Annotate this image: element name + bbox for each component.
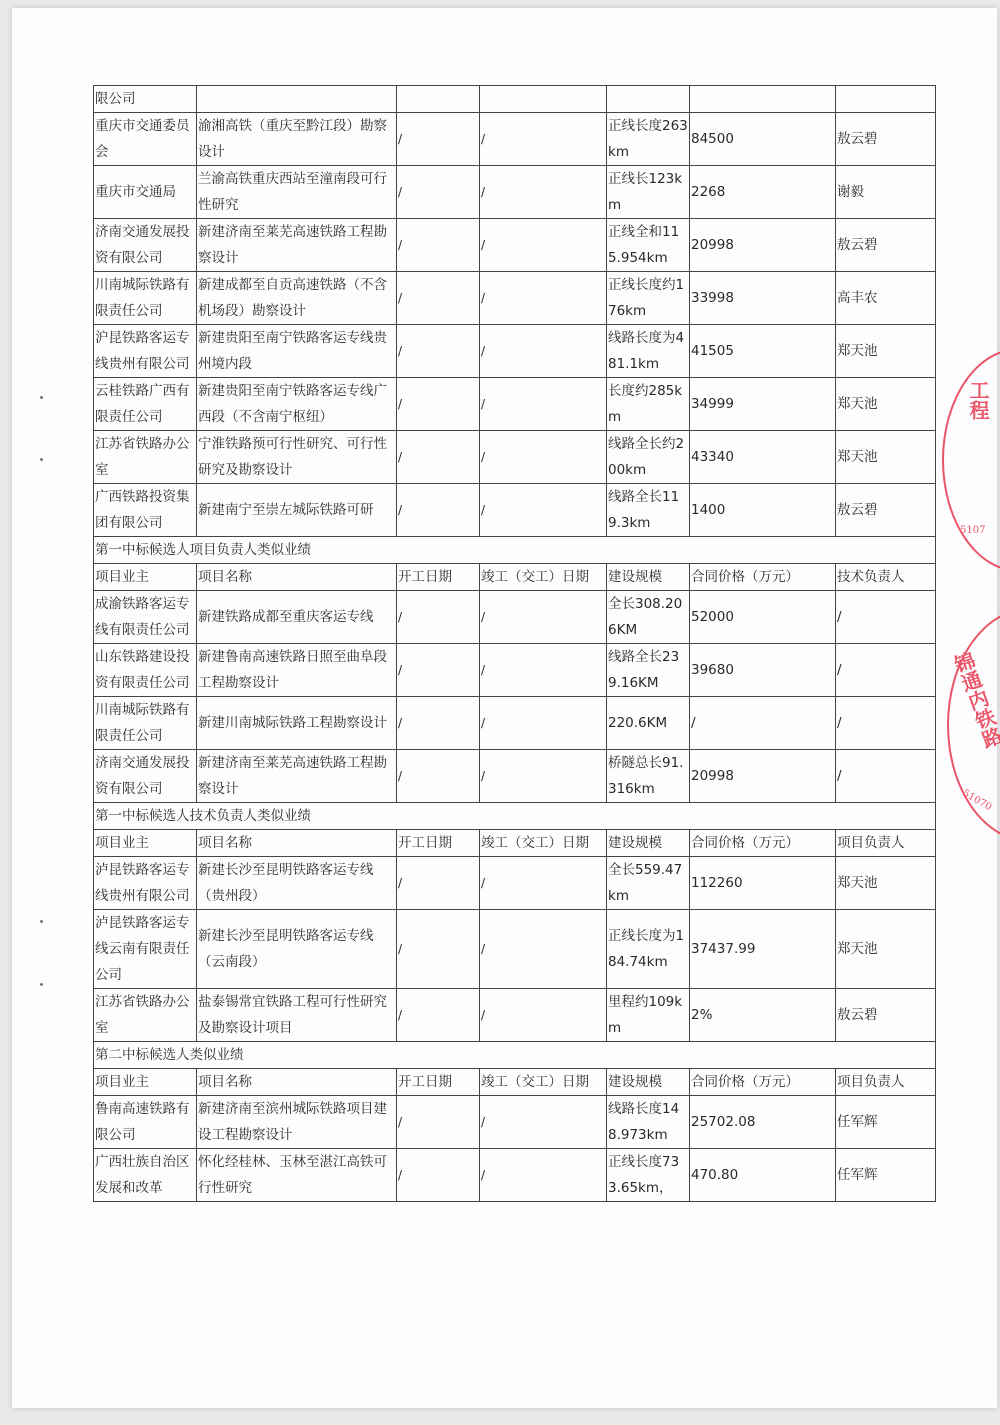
cell-name: 新建济南至滨州城际铁路项目建设工程勘察设计 bbox=[197, 1096, 397, 1149]
cell-person: / bbox=[836, 591, 936, 644]
cell-price: 33998 bbox=[690, 272, 836, 325]
cell-name: 新建济南至莱芜高速铁路工程勘察设计 bbox=[197, 219, 397, 272]
cell-end: / bbox=[480, 910, 607, 989]
cell-person: 郑天池 bbox=[836, 431, 936, 484]
scan-speck bbox=[40, 458, 43, 461]
company-seal-stamp: 工程 5107 bbox=[942, 348, 1000, 572]
cell-name: 宁淮铁路预可行性研究、可行性研究及勘察设计 bbox=[197, 431, 397, 484]
cell-owner: 川南城际铁路有限责任公司 bbox=[94, 272, 197, 325]
cell-person: 高丰农 bbox=[836, 272, 936, 325]
cell-price: 20998 bbox=[690, 750, 836, 803]
stamp-code: 51070 bbox=[960, 788, 993, 813]
cell-scale: 正线长度733.65km， bbox=[607, 1149, 690, 1202]
cell-person: 郑天池 bbox=[836, 910, 936, 989]
column-header-person: 技术负责人 bbox=[836, 564, 936, 591]
cell-scale: 线路全长239.16KM bbox=[607, 644, 690, 697]
cell-price: 52000 bbox=[690, 591, 836, 644]
cell-price: / bbox=[690, 697, 836, 750]
cell-owner: 广西铁路投资集团有限公司 bbox=[94, 484, 197, 537]
table-row: 沪昆铁路客运专线贵州有限公司新建贵阳至南宁铁路客运专线贵州境内段//线路长度为4… bbox=[94, 325, 936, 378]
cell-scale: 220.6KM bbox=[607, 697, 690, 750]
column-header-person: 项目负责人 bbox=[836, 1069, 936, 1096]
section-title-row: 第一中标候选人技术负责人类似业绩 bbox=[94, 803, 936, 830]
cell-person: 敖云碧 bbox=[836, 113, 936, 166]
table-row: 泸昆铁路客运专线云南有限责任公司新建长沙至昆明铁路客运专线（云南段）//正线长度… bbox=[94, 910, 936, 989]
column-header-name: 项目名称 bbox=[197, 1069, 397, 1096]
cell-scale: 线路长度为481.1km bbox=[607, 325, 690, 378]
column-header-owner: 项目业主 bbox=[94, 830, 197, 857]
cell-scale: 全长559.47km bbox=[607, 857, 690, 910]
table-row: 川南城际铁路有限责任公司新建成都至自贡高速铁路（不含机场段）勘察设计//正线长度… bbox=[94, 272, 936, 325]
cell-scale: 全长308.206KM bbox=[607, 591, 690, 644]
table-row: 广西铁路投资集团有限公司新建南宁至崇左城际铁路可研//线路全长119.3km14… bbox=[94, 484, 936, 537]
cell-name: 新建铁路成都至重庆客运专线 bbox=[197, 591, 397, 644]
cell-price: 84500 bbox=[690, 113, 836, 166]
cell-person: 敖云碧 bbox=[836, 989, 936, 1042]
cell-price: 43340 bbox=[690, 431, 836, 484]
cell-end: / bbox=[480, 166, 607, 219]
cell-price: 470.80 bbox=[690, 1149, 836, 1202]
cell-name: 新建贵阳至南宁铁路客运专线贵州境内段 bbox=[197, 325, 397, 378]
cell-owner: 广西壮族自治区发展和改革 bbox=[94, 1149, 197, 1202]
cell-person: 任军辉 bbox=[836, 1149, 936, 1202]
cell-owner: 江苏省铁路办公室 bbox=[94, 989, 197, 1042]
cell-price: 37437.99 bbox=[690, 910, 836, 989]
column-header-price: 合同价格（万元） bbox=[690, 564, 836, 591]
table-row: 限公司 bbox=[94, 86, 936, 113]
cell-end: / bbox=[480, 1149, 607, 1202]
cell-price: 2% bbox=[690, 989, 836, 1042]
table-row: 川南城际铁路有限责任公司新建川南城际铁路工程勘察设计//220.6KM// bbox=[94, 697, 936, 750]
cell-start: / bbox=[397, 1096, 480, 1149]
cell-end: / bbox=[480, 1096, 607, 1149]
column-header-price: 合同价格（万元） bbox=[690, 830, 836, 857]
cell-person: 敖云碧 bbox=[836, 219, 936, 272]
cell-start: / bbox=[397, 591, 480, 644]
company-seal-stamp: 锦通内铁路 51070 bbox=[947, 608, 1000, 842]
cell-scale: 里程约109km bbox=[607, 989, 690, 1042]
scan-speck bbox=[40, 920, 43, 923]
cell-end: / bbox=[480, 484, 607, 537]
section-title-row: 第一中标候选人项目负责人类似业绩 bbox=[94, 537, 936, 564]
table-row: 成渝铁路客运专线有限责任公司新建铁路成都至重庆客运专线//全长308.206KM… bbox=[94, 591, 936, 644]
cell-owner: 重庆市交通委员会 bbox=[94, 113, 197, 166]
column-header-owner: 项目业主 bbox=[94, 564, 197, 591]
cell-scale: 正线全和115.954km bbox=[607, 219, 690, 272]
cell-scale: 正线长度约176km bbox=[607, 272, 690, 325]
cell-scale: 桥隧总长91.316km bbox=[607, 750, 690, 803]
cell-start: / bbox=[397, 857, 480, 910]
cell-name: 新建南宁至崇左城际铁路可研 bbox=[197, 484, 397, 537]
table-row: 江苏省铁路办公室宁淮铁路预可行性研究、可行性研究及勘察设计//线路全长约200k… bbox=[94, 431, 936, 484]
cell-price: 20998 bbox=[690, 219, 836, 272]
cell-owner: 重庆市交通局 bbox=[94, 166, 197, 219]
cell-scale bbox=[607, 86, 690, 113]
column-header-start: 开工日期 bbox=[397, 1069, 480, 1096]
cell-start: / bbox=[397, 910, 480, 989]
cell-scale: 正线长123km bbox=[607, 166, 690, 219]
column-header-end: 竣工（交工）日期 bbox=[480, 564, 607, 591]
section-title-row: 第二中标候选人类似业绩 bbox=[94, 1042, 936, 1069]
cell-start: / bbox=[397, 750, 480, 803]
cell-owner: 济南交通发展投资有限公司 bbox=[94, 219, 197, 272]
cell-start bbox=[397, 86, 480, 113]
cell-end: / bbox=[480, 989, 607, 1042]
cell-person: / bbox=[836, 644, 936, 697]
cell-price: 25702.08 bbox=[690, 1096, 836, 1149]
table-row: 重庆市交通委员会渝湘高铁（重庆至黔江段）勘察设计//正线长度263km84500… bbox=[94, 113, 936, 166]
column-header-scale: 建设规模 bbox=[607, 564, 690, 591]
table-row: 广西壮族自治区发展和改革怀化经桂林、玉林至湛江高铁可行性研究//正线长度733.… bbox=[94, 1149, 936, 1202]
cell-price: 41505 bbox=[690, 325, 836, 378]
header-row: 项目业主项目名称开工日期竣工（交工）日期建设规模合同价格（万元）技术负责人 bbox=[94, 564, 936, 591]
cell-price: 2268 bbox=[690, 166, 836, 219]
table-row: 泸昆铁路客运专线贵州有限公司新建长沙至昆明铁路客运专线（贵州段）//全长559.… bbox=[94, 857, 936, 910]
cell-start: / bbox=[397, 325, 480, 378]
column-header-end: 竣工（交工）日期 bbox=[480, 830, 607, 857]
cell-end: / bbox=[480, 431, 607, 484]
cell-name: 新建贵阳至南宁铁路客运专线广西段（不含南宁枢纽） bbox=[197, 378, 397, 431]
table-row: 鲁南高速铁路有限公司新建济南至滨州城际铁路项目建设工程勘察设计//线路长度148… bbox=[94, 1096, 936, 1149]
cell-end: / bbox=[480, 750, 607, 803]
cell-name: 新建川南城际铁路工程勘察设计 bbox=[197, 697, 397, 750]
column-header-name: 项目名称 bbox=[197, 830, 397, 857]
cell-price bbox=[690, 86, 836, 113]
cell-end: / bbox=[480, 857, 607, 910]
performance-table: 限公司重庆市交通委员会渝湘高铁（重庆至黔江段）勘察设计//正线长度263km84… bbox=[93, 85, 936, 1202]
cell-end: / bbox=[480, 591, 607, 644]
cell-owner: 川南城际铁路有限责任公司 bbox=[94, 697, 197, 750]
cell-person: 谢毅 bbox=[836, 166, 936, 219]
cell-price: 39680 bbox=[690, 644, 836, 697]
cell-start: / bbox=[397, 166, 480, 219]
table-row: 重庆市交通局兰渝高铁重庆西站至潼南段可行性研究//正线长123km2268谢毅 bbox=[94, 166, 936, 219]
column-header-start: 开工日期 bbox=[397, 830, 480, 857]
column-header-person: 项目负责人 bbox=[836, 830, 936, 857]
cell-start: / bbox=[397, 378, 480, 431]
cell-start: / bbox=[397, 1149, 480, 1202]
cell-owner: 沪昆铁路客运专线贵州有限公司 bbox=[94, 325, 197, 378]
table-row: 济南交通发展投资有限公司新建济南至莱芜高速铁路工程勘察设计//桥隧总长91.31… bbox=[94, 750, 936, 803]
cell-scale: 线路全长119.3km bbox=[607, 484, 690, 537]
cell-price: 34999 bbox=[690, 378, 836, 431]
cell-person: 郑天池 bbox=[836, 325, 936, 378]
cell-start: / bbox=[397, 113, 480, 166]
cell-start: / bbox=[397, 484, 480, 537]
cell-end: / bbox=[480, 325, 607, 378]
cell-person bbox=[836, 86, 936, 113]
stamp-text: 工程 bbox=[964, 380, 993, 420]
table-row: 山东铁路建设投资有限责任公司新建鲁南高速铁路日照至曲阜段工程勘察设计//线路全长… bbox=[94, 644, 936, 697]
section-title: 第一中标候选人技术负责人类似业绩 bbox=[94, 803, 936, 830]
stamp-code: 5107 bbox=[960, 525, 985, 536]
column-header-end: 竣工（交工）日期 bbox=[480, 1069, 607, 1096]
cell-owner: 鲁南高速铁路有限公司 bbox=[94, 1096, 197, 1149]
cell-owner: 成渝铁路客运专线有限责任公司 bbox=[94, 591, 197, 644]
cell-scale: 正线长度263km bbox=[607, 113, 690, 166]
cell-end: / bbox=[480, 219, 607, 272]
header-row: 项目业主项目名称开工日期竣工（交工）日期建设规模合同价格（万元）项目负责人 bbox=[94, 830, 936, 857]
column-header-name: 项目名称 bbox=[197, 564, 397, 591]
scan-speck bbox=[40, 396, 43, 399]
cell-owner: 江苏省铁路办公室 bbox=[94, 431, 197, 484]
cell-person: / bbox=[836, 750, 936, 803]
cell-scale: 线路长度148.973km bbox=[607, 1096, 690, 1149]
cell-start: / bbox=[397, 431, 480, 484]
scan-speck bbox=[40, 983, 43, 986]
cell-person: 郑天池 bbox=[836, 857, 936, 910]
cell-end: / bbox=[480, 644, 607, 697]
cell-owner: 云桂铁路广西有限责任公司 bbox=[94, 378, 197, 431]
cell-price: 1400 bbox=[690, 484, 836, 537]
cell-owner: 限公司 bbox=[94, 86, 197, 113]
cell-name: 新建鲁南高速铁路日照至曲阜段工程勘察设计 bbox=[197, 644, 397, 697]
cell-owner: 山东铁路建设投资有限责任公司 bbox=[94, 644, 197, 697]
stamp-text: 锦通内铁路 bbox=[947, 648, 1000, 752]
column-header-price: 合同价格（万元） bbox=[690, 1069, 836, 1096]
cell-scale: 长度约285km bbox=[607, 378, 690, 431]
cell-name: 怀化经桂林、玉林至湛江高铁可行性研究 bbox=[197, 1149, 397, 1202]
cell-end: / bbox=[480, 113, 607, 166]
table-row: 云桂铁路广西有限责任公司新建贵阳至南宁铁路客运专线广西段（不含南宁枢纽）//长度… bbox=[94, 378, 936, 431]
cell-start: / bbox=[397, 272, 480, 325]
table-row: 江苏省铁路办公室盐泰锡常宜铁路工程可行性研究及勘察设计项目//里程约109km2… bbox=[94, 989, 936, 1042]
cell-end: / bbox=[480, 697, 607, 750]
cell-scale: 正线长度为184.74km bbox=[607, 910, 690, 989]
cell-end: / bbox=[480, 378, 607, 431]
cell-end bbox=[480, 86, 607, 113]
cell-name: 兰渝高铁重庆西站至潼南段可行性研究 bbox=[197, 166, 397, 219]
cell-name: 新建济南至莱芜高速铁路工程勘察设计 bbox=[197, 750, 397, 803]
table-row: 济南交通发展投资有限公司新建济南至莱芜高速铁路工程勘察设计//正线全和115.9… bbox=[94, 219, 936, 272]
cell-end: / bbox=[480, 272, 607, 325]
cell-person: 任军辉 bbox=[836, 1096, 936, 1149]
cell-person: / bbox=[836, 697, 936, 750]
cell-scale: 线路全长约200km bbox=[607, 431, 690, 484]
cell-start: / bbox=[397, 219, 480, 272]
column-header-scale: 建设规模 bbox=[607, 830, 690, 857]
cell-owner: 济南交通发展投资有限公司 bbox=[94, 750, 197, 803]
cell-start: / bbox=[397, 989, 480, 1042]
cell-person: 敖云碧 bbox=[836, 484, 936, 537]
document-page: 限公司重庆市交通委员会渝湘高铁（重庆至黔江段）勘察设计//正线长度263km84… bbox=[12, 8, 997, 1408]
header-row: 项目业主项目名称开工日期竣工（交工）日期建设规模合同价格（万元）项目负责人 bbox=[94, 1069, 936, 1096]
column-header-start: 开工日期 bbox=[397, 564, 480, 591]
cell-price: 112260 bbox=[690, 857, 836, 910]
cell-start: / bbox=[397, 644, 480, 697]
cell-name: 新建长沙至昆明铁路客运专线（贵州段） bbox=[197, 857, 397, 910]
cell-name: 盐泰锡常宜铁路工程可行性研究及勘察设计项目 bbox=[197, 989, 397, 1042]
section-title: 第一中标候选人项目负责人类似业绩 bbox=[94, 537, 936, 564]
cell-person: 郑天池 bbox=[836, 378, 936, 431]
cell-name: 渝湘高铁（重庆至黔江段）勘察设计 bbox=[197, 113, 397, 166]
cell-name: 新建长沙至昆明铁路客运专线（云南段） bbox=[197, 910, 397, 989]
section-title: 第二中标候选人类似业绩 bbox=[94, 1042, 936, 1069]
column-header-owner: 项目业主 bbox=[94, 1069, 197, 1096]
cell-name: 新建成都至自贡高速铁路（不含机场段）勘察设计 bbox=[197, 272, 397, 325]
cell-owner: 泸昆铁路客运专线云南有限责任公司 bbox=[94, 910, 197, 989]
cell-start: / bbox=[397, 697, 480, 750]
cell-owner: 泸昆铁路客运专线贵州有限公司 bbox=[94, 857, 197, 910]
column-header-scale: 建设规模 bbox=[607, 1069, 690, 1096]
cell-name bbox=[197, 86, 397, 113]
